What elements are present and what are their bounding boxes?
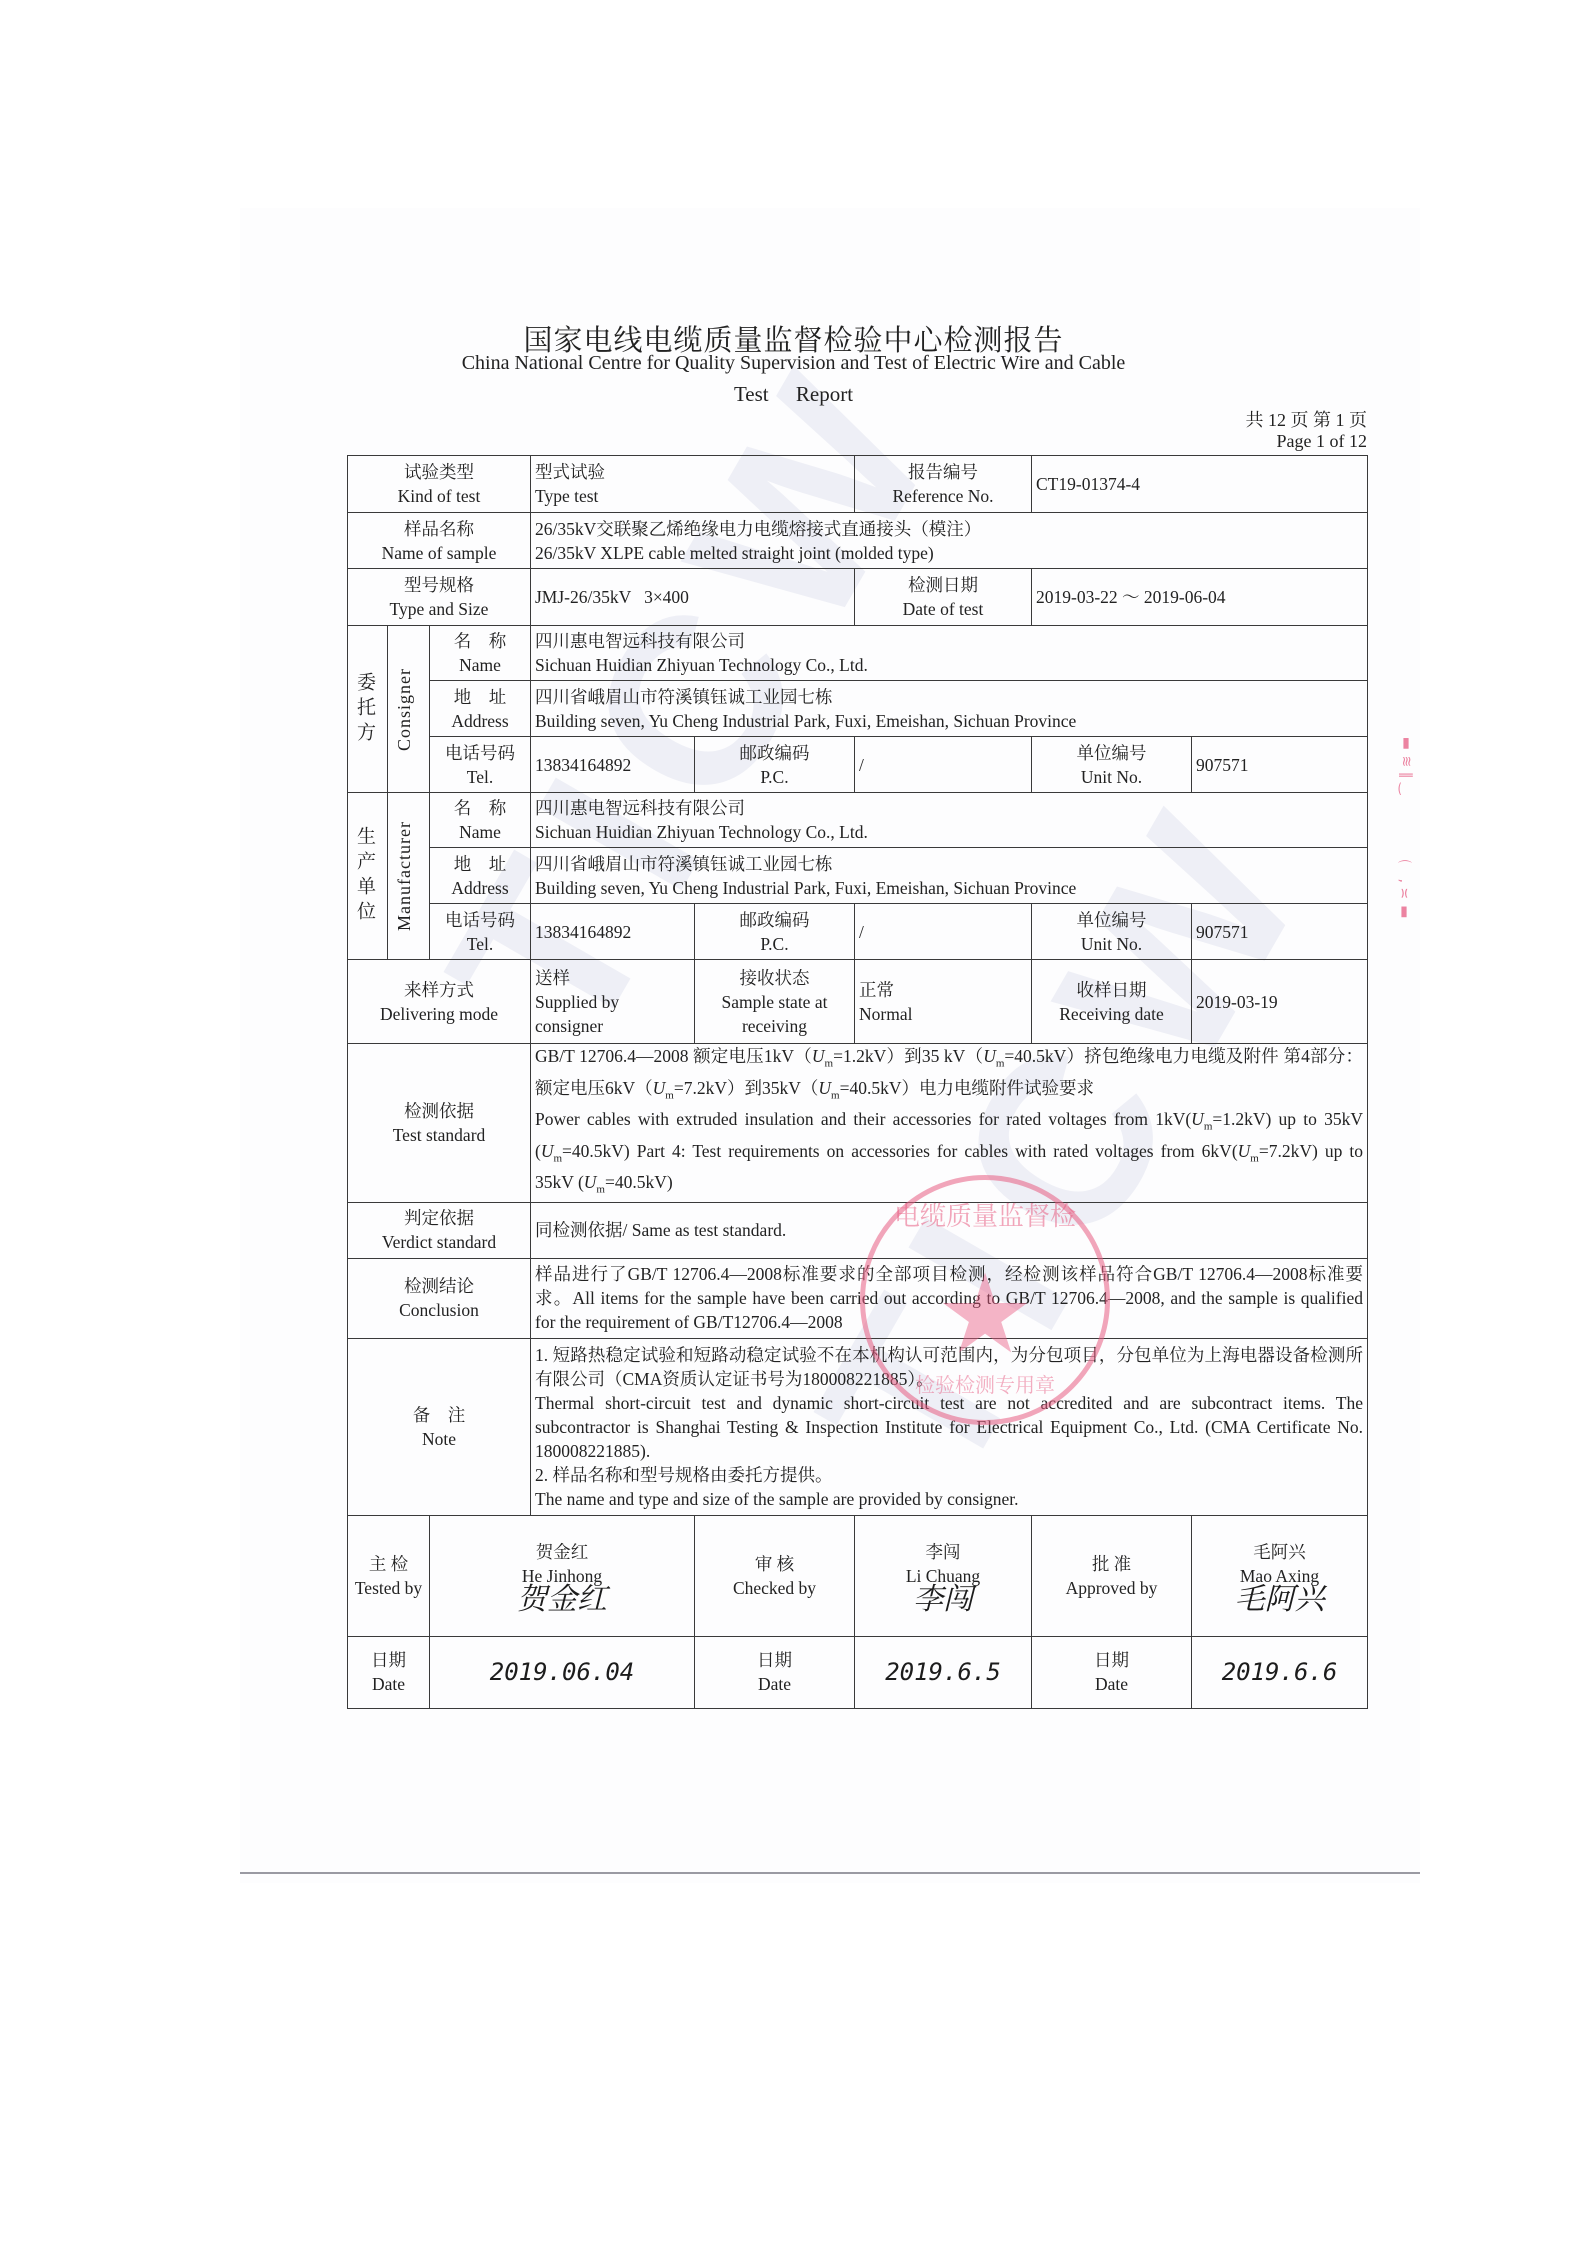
manufacturer-group-en: Manufacturer [388, 793, 430, 960]
um-sub: m [596, 1184, 605, 1196]
value-en: 26/35kV XLPE cable melted straight joint… [535, 541, 1363, 565]
label-en: P.C. [699, 932, 850, 956]
page-indicator-cn: 共 12 页 第 1 页 [1246, 410, 1368, 431]
label-cn: 主 检 [352, 1552, 425, 1576]
conclusion-value: 样品进行了GB/T 12706.4—2008标准要求的全部项目检测，经检测该样品… [531, 1258, 1368, 1338]
label-en: Name of sample [352, 541, 526, 565]
row-test-standard: 检测依据 Test standard GB/T 12706.4—2008 额定电… [348, 1044, 1368, 1203]
label-cn: 判定依据 [352, 1206, 526, 1230]
test-standard-cn: GB/T 12706.4—2008 额定电压1kV（Um=1.2kV）到35 k… [535, 1044, 1363, 1107]
manufacturer-name-label: 名 称 Name [430, 793, 531, 848]
consigner-pc-value: / [855, 737, 1032, 793]
label-cn: 日期 [352, 1648, 425, 1672]
label-cn: 样品名称 [352, 517, 526, 541]
text: =1.2kV）到35 kV（ [833, 1046, 983, 1066]
manufacturer-group-cn: 生产单位 [348, 793, 388, 960]
label-cn: 单位编号 [1036, 908, 1187, 932]
consigner-pc-label: 邮政编码 P.C. [695, 737, 855, 793]
test-standard-en: Power cables with extruded insulation an… [535, 1107, 1363, 1202]
value-cn: 四川省峨眉山市符溪镇钰诚工业园七栋 [535, 685, 1363, 709]
um-sub: m [831, 1089, 840, 1101]
receiving-date-label: 收样日期 Receiving date [1032, 960, 1192, 1044]
label-cn: 地 址 [434, 852, 526, 876]
um-symbol: U [983, 1046, 996, 1066]
label-cn: 接收状态 [699, 966, 850, 990]
row-kind-of-test: 试验类型 Kind of test 型式试验 Type test 报告编号 Re… [348, 456, 1368, 513]
manufacturer-pc-value: / [855, 904, 1032, 960]
approved-date-label: 日期 Date [1032, 1636, 1192, 1708]
value-en: consigner [535, 1014, 690, 1038]
text: =40.5kV) [605, 1172, 673, 1192]
approved-by-label: 批 准 Approved by [1032, 1515, 1192, 1636]
manufacturer-tel-row: 电话号码 Tel. 13834164892 邮政编码 P.C. / 单位编号 U… [348, 904, 1368, 960]
page-indicator: 共 12 页 第 1 页 Page 1 of 12 [1246, 410, 1368, 452]
um-sub: m [665, 1089, 674, 1101]
row-note: 备 注 Note 1. 短路热稳定试验和短路动稳定试验不在本机构认可范围内，为分… [348, 1338, 1368, 1515]
label-cn: 型号规格 [352, 573, 526, 597]
text: =40.5kV）电力电缆附件试验要求 [840, 1078, 1094, 1098]
page-indicator-en: Page 1 of 12 [1246, 431, 1368, 452]
sample-state-value: 正常 Normal [855, 960, 1032, 1044]
consigner-address-value: 四川省峨眉山市符溪镇钰诚工业园七栋 Building seven, Yu Che… [531, 681, 1368, 737]
manufacturer-address-value: 四川省峨眉山市符溪镇钰诚工业园七栋 Building seven, Yu Che… [531, 848, 1368, 904]
um-symbol: U [653, 1078, 666, 1098]
handwritten-signature: 李闯 [859, 1588, 1027, 1612]
um-symbol: U [541, 1141, 554, 1161]
um-symbol: U [818, 1078, 831, 1098]
manufacturer-name-row: 生产单位 Manufacturer 名 称 Name 四川惠电智远科技有限公司 … [348, 793, 1368, 848]
um-sub: m [825, 1058, 834, 1070]
delivering-mode-value: 送样 Supplied by consigner [531, 960, 695, 1044]
page-seam-seal-top: ▮ ≋ ∥ ‿ [1400, 735, 1414, 794]
checked-date-value: 2019.6.5 [855, 1636, 1032, 1708]
value-cn: 四川省峨眉山市符溪镇钰诚工业园七栋 [535, 852, 1363, 876]
conclusion-label: 检测结论 Conclusion [348, 1258, 531, 1338]
type-size-value: JMJ-26/35kV 3×400 [531, 569, 855, 626]
label-en: Checked by [699, 1576, 850, 1600]
note-1-en: Thermal short-circuit test and dynamic s… [535, 1391, 1363, 1463]
manufacturer-pc-label: 邮政编码 P.C. [695, 904, 855, 960]
consigner-name-label: 名 称 Name [430, 626, 531, 681]
label-cn: 来样方式 [352, 978, 526, 1002]
label-en: Kind of test [352, 484, 526, 508]
value-cn: 送样 [535, 966, 690, 990]
reference-no-value: CT19-01374-4 [1032, 456, 1368, 513]
consigner-address-row: 地 址 Address 四川省峨眉山市符溪镇钰诚工业园七栋 Building s… [348, 681, 1368, 737]
manufacturer-address-row: 地 址 Address 四川省峨眉山市符溪镇钰诚工业园七栋 Building s… [348, 848, 1368, 904]
value-cn: 26/35kV交联聚乙烯绝缘电力电缆熔接式直通接头（模注） [535, 517, 1363, 541]
label-en: Unit No. [1036, 765, 1187, 789]
consigner-group-en: Consigner [388, 626, 430, 793]
label-en: Conclusion [352, 1298, 526, 1322]
report-subtitle: Test Report [0, 382, 1587, 407]
date-of-test-value: 2019-03-22 ～ 2019-06-04 [1032, 569, 1368, 626]
text: =40.5kV) Part 4: Test requirements on ac… [562, 1141, 1238, 1161]
value-en: Supplied by [535, 990, 690, 1014]
consigner-address-label: 地 址 Address [430, 681, 531, 737]
value-cn: 型式试验 [535, 460, 850, 484]
group-label-cn: 生产单位 [352, 826, 376, 926]
label-cn: 名 称 [434, 796, 526, 820]
label-cn: 检测日期 [859, 573, 1027, 597]
um-symbol: U [584, 1172, 597, 1192]
label-cn: 试验类型 [352, 460, 526, 484]
um-sub: m [1250, 1152, 1259, 1164]
label-en: P.C. [699, 765, 850, 789]
manufacturer-address-label: 地 址 Address [430, 848, 531, 904]
kind-of-test-label: 试验类型 Kind of test [348, 456, 531, 513]
note-1-cn: 1. 短路热稳定试验和短路动稳定试验不在本机构认可范围内，为分包项目，分包单位为… [535, 1343, 1363, 1391]
value-en: Sichuan Huidian Zhiyuan Technology Co., … [535, 820, 1363, 844]
value-cn: 正常 [859, 978, 1027, 1002]
label-en: Receiving date [1036, 1002, 1187, 1026]
label-cn: 检测结论 [352, 1274, 526, 1298]
tested-by-value: 贺金红 He Jinhong 贺金红 [430, 1515, 695, 1636]
consigner-group-cn: 委托方 [348, 626, 388, 793]
consigner-name-value: 四川惠电智远科技有限公司 Sichuan Huidian Zhiyuan Tec… [531, 626, 1368, 681]
page-seam-seal-bottom: ⌒ , ≍ ▮ [1400, 860, 1414, 920]
label-en: Delivering mode [352, 1002, 526, 1026]
checked-by-value: 李闯 Li Chuang 李闯 [855, 1515, 1032, 1636]
label-cn: 审 核 [699, 1552, 850, 1576]
label-en: Verdict standard [352, 1230, 526, 1254]
label-cn: 收样日期 [1036, 978, 1187, 1002]
handwritten-signature: 贺金红 [434, 1588, 690, 1612]
label-cn: 地 址 [434, 685, 526, 709]
label-en: Date [352, 1672, 425, 1696]
label-en: Tel. [434, 932, 526, 956]
receiving-date-value: 2019-03-19 [1192, 960, 1368, 1044]
note-value: 1. 短路热稳定试验和短路动稳定试验不在本机构认可范围内，为分包项目，分包单位为… [531, 1338, 1368, 1515]
consigner-tel-label: 电话号码 Tel. [430, 737, 531, 793]
row-verdict-standard: 判定依据 Verdict standard 同检测依据/ Same as tes… [348, 1202, 1368, 1258]
label-en: Address [434, 876, 526, 900]
report-title-en: China National Centre for Quality Superv… [0, 352, 1587, 375]
verdict-standard-label: 判定依据 Verdict standard [348, 1202, 531, 1258]
delivering-mode-label: 来样方式 Delivering mode [348, 960, 531, 1044]
sample-state-label: 接收状态 Sample state at receiving [695, 960, 855, 1044]
consigner-name-row: 委托方 Consigner 名 称 Name 四川惠电智远科技有限公司 Sich… [348, 626, 1368, 681]
row-conclusion: 检测结论 Conclusion 样品进行了GB/T 12706.4—2008标准… [348, 1258, 1368, 1338]
manufacturer-unit-label: 单位编号 Unit No. [1032, 904, 1192, 960]
um-symbol: U [812, 1046, 825, 1066]
value-en: Normal [859, 1002, 1027, 1026]
name-cn: 贺金红 [434, 1540, 690, 1564]
label-cn: 电话号码 [434, 741, 526, 765]
label-en: Reference No. [859, 484, 1027, 508]
label-en: Unit No. [1036, 932, 1187, 956]
label-en: Date [1036, 1672, 1187, 1696]
label-cn: 检测依据 [352, 1099, 526, 1123]
group-label-en: Consigner [392, 668, 416, 751]
row-name-of-sample: 样品名称 Name of sample 26/35kV交联聚乙烯绝缘电力电缆熔接… [348, 513, 1368, 569]
label-cn: 名 称 [434, 629, 526, 653]
label-en: Date of test [859, 597, 1027, 621]
tested-by-label: 主 检 Tested by [348, 1515, 430, 1636]
label-en: Tested by [352, 1576, 425, 1600]
label-en: Name [434, 820, 526, 844]
label-cn: 邮政编码 [699, 908, 850, 932]
group-label-cn: 委托方 [352, 672, 376, 747]
consigner-tel-value: 13834164892 [531, 737, 695, 793]
sample-name-value: 26/35kV交联聚乙烯绝缘电力电缆熔接式直通接头（模注） 26/35kV XL… [531, 513, 1368, 569]
value-en: Building seven, Yu Cheng Industrial Park… [535, 876, 1363, 900]
date-of-test-label: 检测日期 Date of test [855, 569, 1032, 626]
row-dates: 日期 Date 2019.06.04 日期 Date 2019.6.5 日期 D… [348, 1636, 1368, 1708]
text: =7.2kV）到35kV（ [674, 1078, 819, 1098]
value-en: Type test [535, 484, 850, 508]
row-signatures: 主 检 Tested by 贺金红 He Jinhong 贺金红 审 核 Che… [348, 1515, 1368, 1636]
checked-by-label: 审 核 Checked by [695, 1515, 855, 1636]
tested-date-value: 2019.06.04 [430, 1636, 695, 1708]
value-cn: 四川惠电智远科技有限公司 [535, 629, 1363, 653]
label-cn: 电话号码 [434, 908, 526, 932]
um-symbol: U [1238, 1141, 1251, 1161]
test-standard-label: 检测依据 Test standard [348, 1044, 531, 1203]
um-symbol: U [1191, 1109, 1204, 1129]
approved-by-value: 毛阿兴 Mao Axing 毛阿兴 [1192, 1515, 1368, 1636]
text: GB/T 12706.4—2008 额定电压1kV（ [535, 1046, 812, 1066]
label-cn: 单位编号 [1036, 741, 1187, 765]
label-en: receiving [699, 1014, 850, 1038]
label-cn: 批 准 [1036, 1552, 1187, 1576]
label-en: Date [699, 1672, 850, 1696]
report-table: 试验类型 Kind of test 型式试验 Type test 报告编号 Re… [347, 455, 1368, 1709]
handwritten-signature: 毛阿兴 [1196, 1588, 1363, 1612]
label-en: Sample state at [699, 990, 850, 1014]
group-label-en: Manufacturer [392, 821, 416, 931]
manufacturer-tel-value: 13834164892 [531, 904, 695, 960]
label-cn: 日期 [1036, 1648, 1187, 1672]
name-cn: 毛阿兴 [1196, 1540, 1363, 1564]
label-en: Approved by [1036, 1576, 1187, 1600]
note-label: 备 注 Note [348, 1338, 531, 1515]
consigner-unit-value: 907571 [1192, 737, 1368, 793]
type-size-label: 型号规格 Type and Size [348, 569, 531, 626]
um-sub: m [553, 1152, 562, 1164]
text: Power cables with extruded insulation an… [535, 1109, 1191, 1129]
note-2-cn: 2. 样品名称和型号规格由委托方提供。 [535, 1463, 1363, 1487]
label-en: Address [434, 709, 526, 733]
sample-name-label: 样品名称 Name of sample [348, 513, 531, 569]
label-cn: 日期 [699, 1648, 850, 1672]
row-delivering-mode: 来样方式 Delivering mode 送样 Supplied by cons… [348, 960, 1368, 1044]
test-standard-value: GB/T 12706.4—2008 额定电压1kV（Um=1.2kV）到35 k… [531, 1044, 1368, 1203]
label-en: Note [352, 1427, 526, 1451]
manufacturer-tel-label: 电话号码 Tel. [430, 904, 531, 960]
approved-date-value: 2019.6.6 [1192, 1636, 1368, 1708]
label-en: Tel. [434, 765, 526, 789]
label-cn: 报告编号 [859, 460, 1027, 484]
manufacturer-name-value: 四川惠电智远科技有限公司 Sichuan Huidian Zhiyuan Tec… [531, 793, 1368, 848]
label-cn: 备 注 [352, 1403, 526, 1427]
scan-edge [240, 1872, 1420, 1874]
value-cn: 四川惠电智远科技有限公司 [535, 796, 1363, 820]
consigner-tel-row: 电话号码 Tel. 13834164892 邮政编码 P.C. / 单位编号 U… [348, 737, 1368, 793]
reference-no-label: 报告编号 Reference No. [855, 456, 1032, 513]
value-en: Building seven, Yu Cheng Industrial Park… [535, 709, 1363, 733]
kind-of-test-value: 型式试验 Type test [531, 456, 855, 513]
label-en: Type and Size [352, 597, 526, 621]
consigner-unit-label: 单位编号 Unit No. [1032, 737, 1192, 793]
verdict-standard-value: 同检测依据/ Same as test standard. [531, 1202, 1368, 1258]
checked-date-label: 日期 Date [695, 1636, 855, 1708]
label-cn: 邮政编码 [699, 741, 850, 765]
name-cn: 李闯 [859, 1540, 1027, 1564]
label-en: Test standard [352, 1123, 526, 1147]
tested-date-label: 日期 Date [348, 1636, 430, 1708]
label-en: Name [434, 653, 526, 677]
note-2-en: The name and type and size of the sample… [535, 1487, 1363, 1511]
row-type-and-size: 型号规格 Type and Size JMJ-26/35kV 3×400 检测日… [348, 569, 1368, 626]
value-en: Sichuan Huidian Zhiyuan Technology Co., … [535, 653, 1363, 677]
manufacturer-unit-value: 907571 [1192, 904, 1368, 960]
